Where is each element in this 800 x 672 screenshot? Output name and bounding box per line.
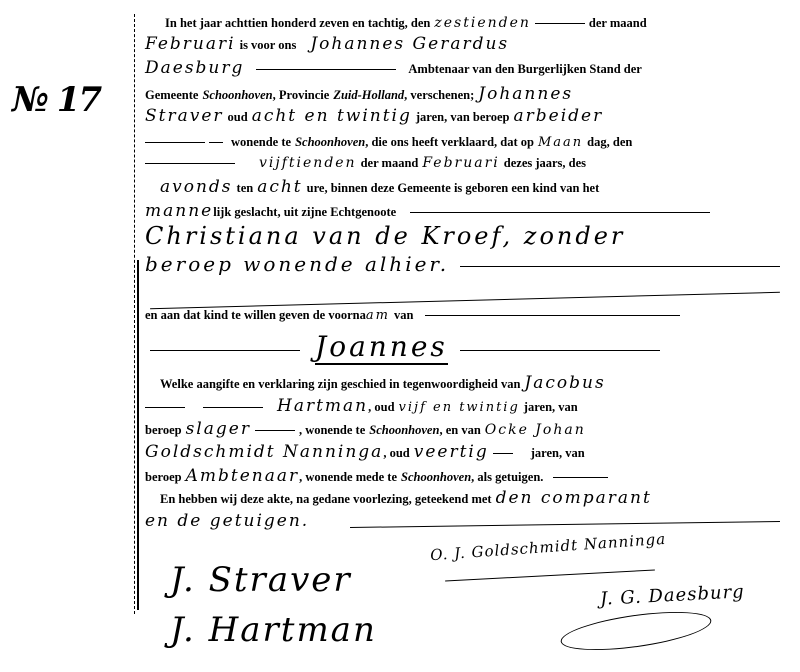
rule (493, 453, 513, 454)
printed-place: Schoonhoven (295, 135, 365, 149)
handwritten-sex: manne (145, 201, 213, 221)
handwritten-weekday: Maan (538, 135, 583, 150)
printed-text: jaren, van (524, 400, 578, 414)
handwritten-witness1-surname: Hartman (277, 396, 368, 416)
printed-text: en aan dat kind te willen geven de voorn… (145, 308, 366, 322)
line-8: avonds ten acht ure, binnen deze Gemeent… (160, 177, 599, 197)
line-3: Daesburg Ambtenaar van den Burgerlijken … (145, 58, 642, 78)
line-20: en de getuigen. (145, 511, 309, 531)
rule (256, 69, 396, 70)
rule (410, 212, 710, 213)
line-4: Gemeente Schoonhoven, Provincie Zuid-Hol… (145, 84, 573, 104)
signature-underline (445, 570, 655, 582)
printed-text: , oud (368, 400, 394, 414)
rule (145, 163, 235, 164)
printed-text: jaren, van beroep (416, 110, 510, 124)
signature-witness1: J. Hartman (170, 610, 377, 650)
handwritten-witness2-occupation: Ambtenaar (186, 466, 300, 486)
printed-text: , die ons heeft verklaard, dat op (365, 135, 534, 149)
handwritten-hour: acht (257, 177, 302, 197)
printed-text: oud (228, 110, 248, 124)
printed-text: In het jaar achttien honderd zeven en ta… (165, 16, 430, 30)
line-18: beroep Ambtenaar, wonende mede te Schoon… (145, 466, 608, 486)
handwritten-witness1-age: vijf en twintig (399, 400, 520, 415)
handwritten-time-of-day: avonds (160, 177, 233, 197)
rule (350, 521, 780, 528)
rule (535, 23, 585, 24)
line-15: Hartman, oud vijf en twintig jaren, van (145, 396, 578, 416)
handwritten-mother-details: beroep wonende alhier. (145, 252, 449, 276)
printed-place: Schoonhoven (369, 423, 439, 437)
printed-text: van (394, 308, 413, 322)
handwritten-birth-month: Februari (422, 155, 499, 171)
line-11: beroep wonende alhier. (145, 252, 449, 276)
printed-text: , wonende te (299, 423, 365, 437)
handwritten-witness2-surname: Goldschmidt Nanninga (145, 442, 383, 462)
handwritten-father-name: Johannes (478, 84, 573, 104)
handwritten-month: Februari (145, 34, 236, 54)
signature-witness2: O. J. Goldschmidt Nanninga (430, 530, 667, 564)
handwritten-signers-cont: en de getuigen. (145, 511, 309, 531)
printed-text: , wonende mede te (299, 470, 397, 484)
printed-text: En hebben wij deze akte, na gedane voorl… (160, 492, 492, 506)
line-6: wonende te Schoonhoven, die ons heeft ve… (145, 133, 632, 151)
printed-text: dag, den (587, 135, 632, 149)
printed-text: wonende te (231, 135, 291, 149)
rule (145, 407, 185, 408)
record-number: № 17 (12, 80, 100, 120)
printed-text: , verschenen; (404, 88, 474, 102)
line-12: en aan dat kind te willen geven de voorn… (145, 306, 680, 324)
handwritten-signers: den comparant (496, 488, 652, 508)
handwritten-child-name: Joannes (315, 330, 448, 365)
rule (460, 350, 660, 351)
printed-text: beroep (145, 470, 182, 484)
line-1: In het jaar achttien honderd zeven en ta… (165, 14, 647, 32)
handwritten-birth-day: vijftienden (259, 155, 357, 171)
handwritten-occupation: arbeider (514, 106, 604, 126)
printed-place: Schoonhoven (202, 88, 272, 102)
signature-father: J. Straver (170, 560, 352, 600)
rule (203, 407, 263, 408)
printed-text: der maand (589, 16, 647, 30)
line-7: vijftienden der maand Februari dezes jaa… (145, 154, 586, 172)
margin-dashed-line (134, 14, 135, 614)
rule (553, 477, 608, 478)
handwritten-official-surname: Daesburg (145, 58, 244, 78)
line-9: mannelijk geslacht, uit zijne Echtgenoot… (145, 201, 710, 221)
line-5: Straver oud acht en twintig jaren, van b… (145, 106, 603, 126)
printed-place: Schoonhoven (401, 470, 471, 484)
signature-flourish (559, 605, 714, 658)
printed-text: , als getuigen. (471, 470, 543, 484)
printed-text: beroep (145, 423, 182, 437)
handwritten-father-surname: Straver (145, 106, 224, 126)
printed-text: ure, binnen deze Gemeente is geboren een… (307, 181, 600, 195)
rule (255, 430, 295, 431)
rule (145, 142, 205, 143)
handwritten-text: am (366, 308, 390, 323)
printed-text: lijk geslacht, uit zijne Echtgenoote (213, 205, 396, 219)
signature-official: J. G. Daesburg (600, 581, 746, 610)
margin-solid-line (137, 260, 139, 610)
printed-text: der maand (361, 156, 419, 170)
line-19: En hebben wij deze akte, na gedane voorl… (160, 488, 652, 508)
handwritten-day: zestienden (434, 15, 531, 31)
rule (460, 266, 780, 267)
rule (209, 142, 223, 143)
printed-text: jaren, van (531, 446, 585, 460)
printed-text: Gemeente (145, 88, 198, 102)
handwritten-witness2-name: Ocke Johan (485, 422, 586, 438)
line-2: Februari is voor ons Johannes Gerardus (145, 34, 509, 54)
printed-text: , oud (383, 446, 409, 460)
printed-text: , en van (439, 423, 480, 437)
handwritten-mother-name: Christiana van de Kroef, zonder (145, 222, 625, 250)
handwritten-age: acht en twintig (252, 106, 412, 126)
printed-text: , Provincie (273, 88, 330, 102)
handwritten-witness1-name: Jacobus (524, 373, 605, 393)
line-17: Goldschmidt Nanninga, oud veertig jaren,… (145, 442, 585, 462)
printed-text: ten (237, 181, 254, 195)
printed-text: is voor ons (240, 38, 297, 52)
handwritten-witness1-occupation: slager (186, 419, 251, 439)
line-16: beroep slager , wonende te Schoonhoven, … (145, 419, 586, 439)
line-14: Welke aangifte en verklaring zijn geschi… (160, 373, 606, 393)
handwritten-official-name: Johannes Gerardus (310, 34, 509, 54)
printed-text: Ambtenaar van den Burgerlijken Stand der (408, 62, 641, 76)
handwritten-witness2-age: veertig (414, 442, 489, 462)
printed-text: Welke aangifte en verklaring zijn geschi… (160, 377, 520, 391)
rule (150, 350, 300, 351)
rule (425, 315, 680, 316)
printed-text: dezes jaars, des (504, 156, 586, 170)
printed-province: Zuid-Holland (333, 88, 404, 102)
